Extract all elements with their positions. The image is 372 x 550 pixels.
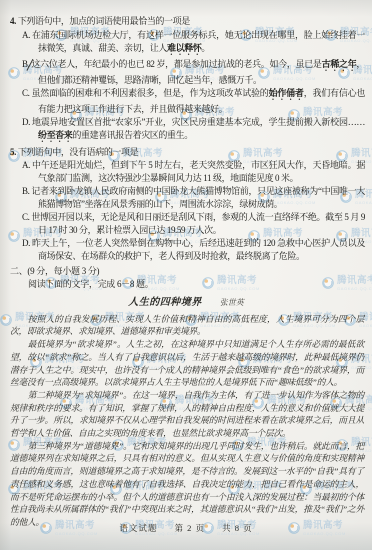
option-text: 中午还是阳光灿烂，但到下午 5 时左右，老天突然变脸，市区狂风大作，天昏地暗。据… [32,160,365,183]
option-label: A. [22,30,32,40]
page-content: 4. 下列语句中，加点的词语使用最恰当的一项是A. 在浦东国际机场边检大厅，有这… [0,0,372,550]
option-text: 世博园开园以来，无论是风和日丽还是刮风下雨，参观的人流一直络绎不绝。截至 5 月… [31,212,365,235]
option-text: 昨天上午，一位老人突然晕倒在购物中心，后经迅速赶到的 120 急救中心医护人员以… [32,238,365,261]
essay-author: 张世英 [220,298,244,307]
emphasized-word: 难以释怀 [167,43,201,53]
essay-paragraph: 最低境界为“欲求境界”。人生之初，在这种境界中只知道满足个人生存所必需的最低欲望… [10,338,364,389]
option-label: D. [22,117,32,127]
section-heading: 二、(9 分，每小题 3 分) [10,265,365,278]
section-instruction: 阅读下面的文字，完成 6－8 题。 [28,278,365,291]
question-number: 5. [10,147,18,157]
option-text: 。 [201,43,210,53]
essay-paragraph: 按照人的自我发展历程、实现人生价值和精神自由的高低程度，人生境界可分为四个层次，… [10,313,364,338]
option-label: C. [22,212,31,222]
question-stem-text: 下列语句中，加点的词语使用最恰当的一项是 [18,16,190,26]
footer-page-number: 第 2 页 [174,523,205,533]
option-C: C. 虽然面临的困难和不利因素很多，但是，作为这项改革试验的始作俑者，我们有信心… [10,87,365,116]
footer-doc-title: 语文试题 [119,523,157,533]
exam-paper-page: 腾讯高考GAOKAO.QQ.COM腾讯高考GAOKAO.QQ.COM腾讯高考GA… [0,0,372,550]
question-stem: 4. 下列语句中，加点的词语使用最恰当的一项是 [10,15,365,28]
questions-block: 4. 下列语句中，加点的词语使用最恰当的一项是A. 在浦东国际机场边检大厅，有这… [0,15,372,263]
question-4: 4. 下列语句中，加点的词语使用最恰当的一项是A. 在浦东国际机场边检大厅，有这… [10,15,365,145]
essay-paragraph: 第三种境界为“道德境界”。它和求知境界的出现几乎同时发生，也许稍后。就此而言，把… [10,440,364,529]
footer-page-total: 共 8 页 [222,523,253,533]
page-footer: 语文试题 第 2 页 共 8 页 [0,522,372,534]
option-label: A. [22,160,32,170]
option-text: 记者来到卧龙镇人民政府南侧的中国卧龙大熊猫博物馆前，只见这座被称为“中国唯一大熊… [31,186,365,209]
question-stem: 5. 下列语句中，没有语病的一项是 [10,146,365,159]
essay-paragraph: 第二种境界为“求知境界”。在这一境界，自我作为主体，有了进一步认知作为客体之物的… [10,389,364,440]
option-A: A. 中午还是阳光灿烂，但到下午 5 时左右，老天突然变脸，市区狂风大作，天昏地… [10,159,365,185]
option-label: B. [22,186,31,196]
emphasized-word: 纷至沓来 [38,130,72,140]
option-label: C. [22,88,31,98]
option-C: C. 世博园开园以来，无论是风和日丽还是刮风下雨，参观的人流一直络绎不绝。截至 … [10,211,365,237]
option-text: 的重建喜讯报告着灾区的重生。 [72,130,192,140]
option-B: B. 这六位老人，年纪最小的也已 82 岁，都是参加过抗战的老兵。如今，虽已是古… [10,58,365,87]
option-A: A. 在浦东国际机场边检大厅，有这样一位服务标兵，她无论出现在哪里，脸上始终挂着… [10,29,365,58]
question-number: 4. [10,16,18,26]
option-label: D. [22,238,32,248]
option-text: 这六位老人，年纪最小的也已 82 岁，都是参加过抗战的老兵。如今，虽已是 [31,59,321,69]
question-stem-text: 下列语句中，没有语病的一项是 [18,147,138,157]
essay: 人生的四种境界 张世英 按照人的自我发展历程、实现人生价值和精神自由的高低程度，… [0,294,372,529]
option-B: B. 记者来到卧龙镇人民政府南侧的中国卧龙大熊猫博物馆前，只见这座被称为“中国唯… [10,185,365,211]
essay-title-row: 人生的四种境界 张世英 [0,294,372,310]
emphasized-word: 古稀之年 [322,59,357,69]
essay-title: 人生的四种境界 [128,297,202,308]
option-label: B. [22,59,31,69]
emphasized-word: 始作俑者 [269,88,304,98]
option-D: D. 昨天上午，一位老人突然晕倒在购物中心，后经迅速赶到的 120 急救中心医护… [10,237,365,263]
option-D: D. 地震异地安置区首批“农家乐”开业，灾区民房重建基本完成，学生提前搬入新校园… [10,116,365,145]
question-5: 5. 下列语句中，没有语病的一项是A. 中午还是阳光灿烂，但到下午 5 时左右，… [10,146,365,263]
option-text: 地震异地安置区首批“农家乐”开业，灾区民房重建基本完成，学生提前搬入新校园…… [32,117,365,127]
option-text: 虽然面临的困难和不利因素很多，但是，作为这项改革试验的 [31,88,268,98]
essay-paragraphs: 按照人的自我发展历程、实现人生价值和精神自由的高低程度，人生境界可分为四个层次，… [0,313,372,529]
